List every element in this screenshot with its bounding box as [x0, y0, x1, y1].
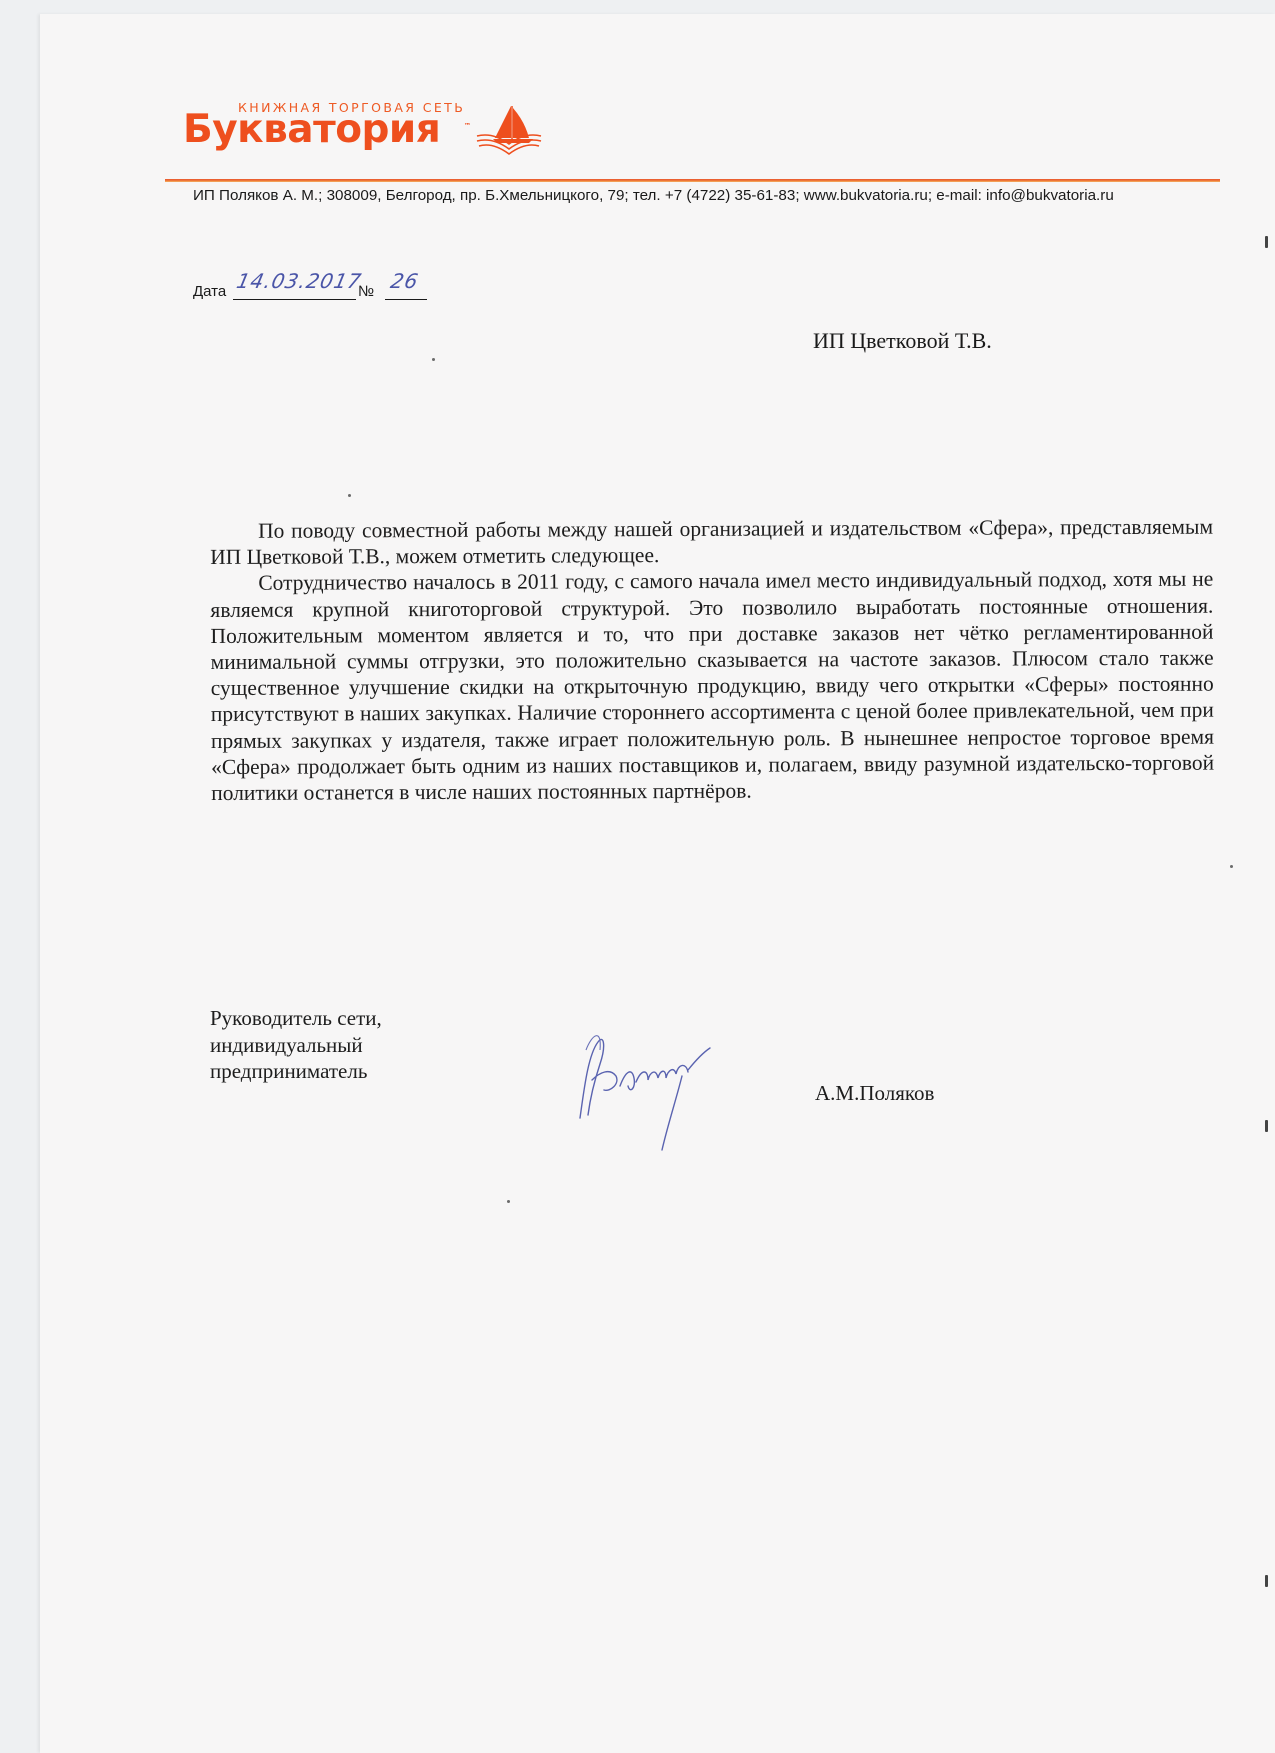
- scan-speck: [507, 1200, 510, 1203]
- signer-position: Руководитель сети, индивидуальный предпр…: [210, 1005, 382, 1085]
- scan-mark: [1265, 236, 1268, 248]
- handwritten-signature: [570, 1020, 770, 1155]
- brand-logo: КНИЖНАЯ ТОРГОВАЯ СЕТЬ Букватория ™: [183, 100, 543, 160]
- scan-speck: [1230, 865, 1233, 868]
- signer-name: А.М.Поляков: [815, 1081, 934, 1106]
- recipient: ИП Цветковой Т.В.: [813, 328, 992, 354]
- letterhead-divider: [165, 179, 1220, 182]
- letter-body: По поводу совместной работы между нашей …: [210, 514, 1214, 807]
- date-field: 14.03.2017: [233, 275, 356, 300]
- position-line: предприниматель: [210, 1058, 382, 1085]
- body-paragraph: Сотрудничество началось в 2011 году, с с…: [210, 566, 1214, 806]
- scan-speck: [348, 494, 351, 497]
- body-paragraph: По поводу совместной работы между нашей …: [210, 514, 1213, 571]
- number-value: 26: [388, 269, 421, 293]
- scan-mark: [1265, 1575, 1268, 1587]
- position-line: индивидуальный: [210, 1032, 382, 1059]
- scan-mark: [1265, 1120, 1268, 1132]
- sailboat-book-icon: [473, 104, 543, 156]
- number-field: 26: [385, 275, 427, 300]
- number-label: №: [358, 283, 374, 300]
- letter-page: [40, 14, 1275, 1753]
- brand-name: Букватория: [183, 108, 440, 152]
- position-line: Руководитель сети,: [210, 1005, 382, 1032]
- letterhead-contacts: ИП Поляков А. М.; 308009, Белгород, пр. …: [193, 187, 1114, 204]
- scan-speck: [432, 358, 435, 361]
- trademark-mark: ™: [464, 122, 471, 130]
- date-value: 14.03.2017: [234, 269, 364, 293]
- date-label: Дата: [193, 283, 226, 300]
